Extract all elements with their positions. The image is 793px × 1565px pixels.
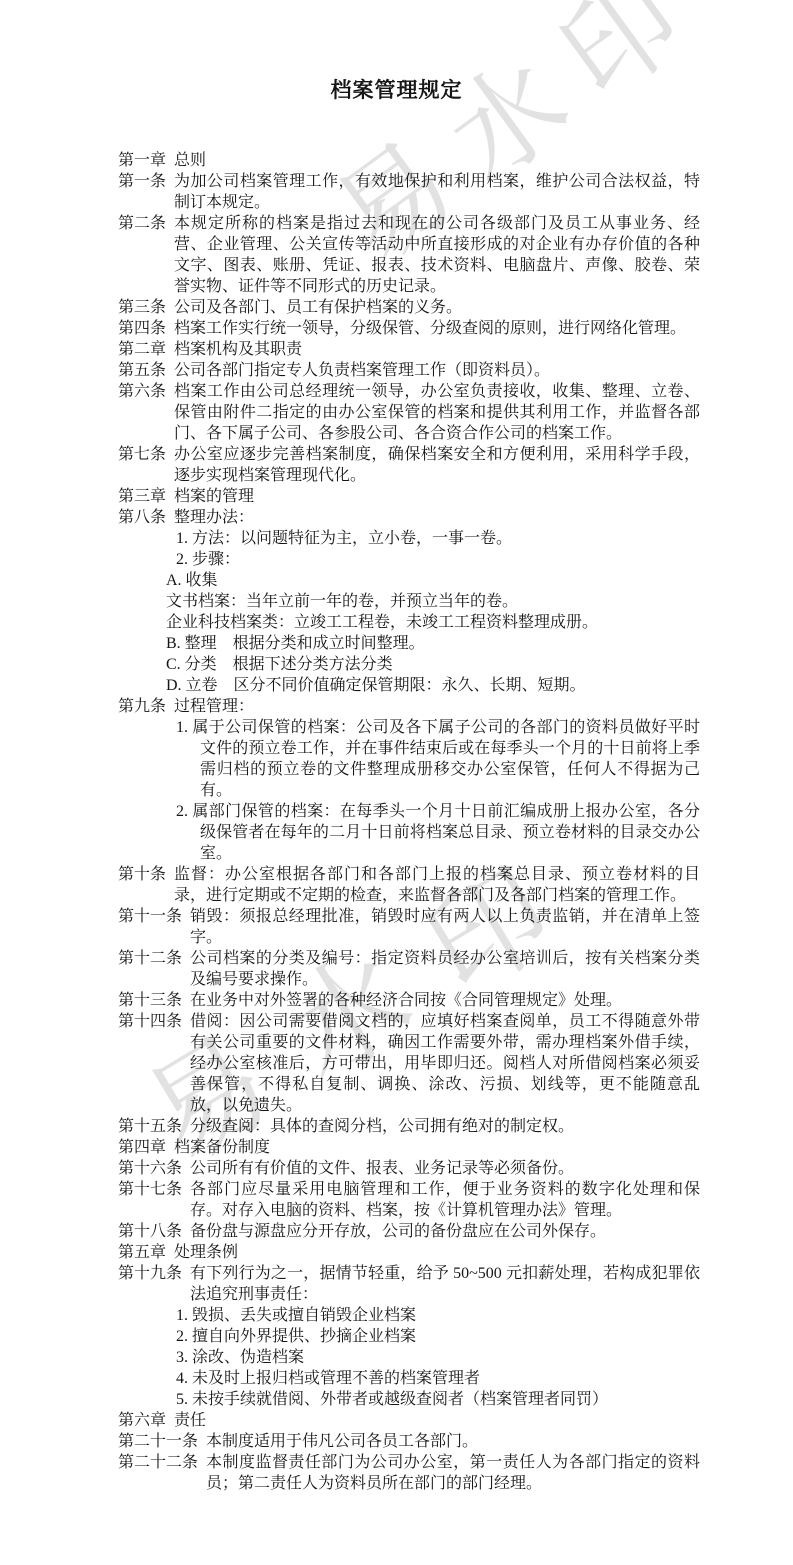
article-paragraph: 第十五条分级查阅：具体的查阅分档，公司拥有绝对的制定权。 — [118, 1116, 700, 1137]
list-item: 2. 擅自向外界提供、抄摘企业档案 — [176, 1326, 700, 1347]
article-label: 第一条 — [118, 171, 166, 213]
article-paragraph: 第五条公司各部门指定专人负责档案管理工作（即资料员）。 — [118, 360, 700, 381]
sub-item-list: 1. 毁损、丢失或擅自销毁企业档案2. 擅自向外界提供、抄摘企业档案3. 涂改、… — [118, 1305, 700, 1410]
article-paragraph: 第九条过程管理： — [118, 696, 700, 717]
article-paragraph: 第十三条在业务中对外签署的各种经济合同按《合同管理规定》处理。 — [118, 990, 700, 1011]
article-paragraph: 第七条办公室应逐步完善档案制度，确保档案安全和方便利用，采用科学手段，逐步实现档… — [118, 444, 700, 486]
chapter-heading: 第二章档案机构及其职责 — [118, 339, 700, 360]
sub-item-list: 1. 方法：以问题特征为主，立小卷，一事一卷。2. 步骤：A. 收集文书档案：当… — [118, 528, 700, 696]
article-paragraph: 第三条公司及各部门、员工有保护档案的义务。 — [118, 297, 700, 318]
chapter-title-text: 档案的管理 — [174, 486, 700, 507]
article-text: 公司及各部门、员工有保护档案的义务。 — [174, 297, 700, 318]
article-label: 第十五条 — [118, 1116, 182, 1137]
article-paragraph: 第十一条销毁：须报总经理批准，销毁时应有两人以上负责监销，并在清单上签字。 — [118, 906, 700, 948]
article-paragraph: 第十四条借阅：因公司需要借阅文档的，应填好档案查阅单，员工不得随意外带有关公司重… — [118, 1011, 700, 1116]
article-text: 整理办法： — [174, 507, 700, 528]
chapter-title-text: 档案机构及其职责 — [174, 339, 700, 360]
article-label: 第四条 — [118, 318, 166, 339]
article-text: 办公室应逐步完善档案制度，确保档案安全和方便利用，采用科学手段，逐步实现档案管理… — [174, 444, 700, 486]
article-text: 公司档案的分类及编号：指定资料员经办公室培训后，按有关档案分类及编号要求操作。 — [190, 948, 700, 990]
article-text: 销毁：须报总经理批准，销毁时应有两人以上负责监销，并在清单上签字。 — [190, 906, 700, 948]
article-paragraph: 第二十一条本制度适用于伟凡公司各员工各部门。 — [118, 1431, 700, 1452]
article-paragraph: 第十六条公司所有有价值的文件、报表、业务记录等必须备份。 — [118, 1158, 700, 1179]
chapter-title-text: 处理条例 — [174, 1242, 700, 1263]
article-paragraph: 第一条为加公司档案管理工作，有效地保护和利用档案，维护公司合法权益，特制订本规定… — [118, 171, 700, 213]
chapter-label: 第四章 — [118, 1137, 166, 1158]
article-text: 公司各部门指定专人负责档案管理工作（即资料员）。 — [174, 360, 700, 381]
article-text: 备份盘与源盘应分开存放，公司的备份盘应在公司外保存。 — [190, 1221, 700, 1242]
list-item: 1. 毁损、丢失或擅自销毁企业档案 — [176, 1305, 700, 1326]
article-text: 各部门应尽量采用电脑管理和工作，便于业务资料的数字化处理和保存。对存入电脑的资料… — [190, 1179, 700, 1221]
list-item: 1. 方法：以问题特征为主，立小卷，一事一卷。 — [176, 528, 700, 549]
article-text: 借阅：因公司需要借阅文档的，应填好档案查阅单，员工不得随意外带有关公司重要的文件… — [190, 1011, 700, 1116]
list-item: D. 立卷 区分不同价值确定保管期限：永久、长期、短期。 — [166, 675, 700, 696]
document-page: 易水印 易水印 档案管理规定 第一章总则第一条为加公司档案管理工作，有效地保护和… — [0, 0, 793, 1565]
list-item: 文书档案：当年立前一年的卷，并预立当年的卷。 — [166, 591, 700, 612]
article-paragraph: 第十八条备份盘与源盘应分开存放，公司的备份盘应在公司外保存。 — [118, 1221, 700, 1242]
article-paragraph: 第四条档案工作实行统一领导，分级保管、分级查阅的原则，进行网络化管理。 — [118, 318, 700, 339]
article-paragraph: 第十二条公司档案的分类及编号：指定资料员经办公室培训后，按有关档案分类及编号要求… — [118, 948, 700, 990]
sub-item-list: 1. 属于公司保管的档案：公司及各下属子公司的各部门的资料员做好平时文件的预立卷… — [118, 717, 700, 864]
list-item: 3. 涂改、伪造档案 — [176, 1347, 700, 1368]
article-text: 过程管理： — [174, 696, 700, 717]
list-item: 企业科技档案类：立竣工工程卷，未竣工工程资料整理成册。 — [166, 612, 700, 633]
chapter-label: 第一章 — [118, 150, 166, 171]
chapter-heading: 第一章总则 — [118, 150, 700, 171]
article-text: 档案工作实行统一领导，分级保管、分级查阅的原则，进行网络化管理。 — [174, 318, 700, 339]
article-label: 第十三条 — [118, 990, 182, 1011]
list-item: 2. 步骤： — [176, 549, 700, 570]
article-label: 第十一条 — [118, 906, 182, 948]
article-label: 第六条 — [118, 381, 166, 444]
chapter-heading: 第三章档案的管理 — [118, 486, 700, 507]
chapter-title-text: 总则 — [174, 150, 700, 171]
article-text: 本规定所称的档案是指过去和现在的公司各级部门及员工从事业务、经营、企业管理、公关… — [174, 213, 700, 297]
article-text: 本制度监督责任部门为公司办公室，第一责任人为各部门指定的资料员；第二责任人为资料… — [206, 1452, 700, 1494]
article-label: 第五条 — [118, 360, 166, 381]
chapter-heading: 第四章档案备份制度 — [118, 1137, 700, 1158]
article-label: 第八条 — [118, 507, 166, 528]
article-label: 第十九条 — [118, 1263, 182, 1305]
article-paragraph: 第二条本规定所称的档案是指过去和现在的公司各级部门及员工从事业务、经营、企业管理… — [118, 213, 700, 297]
chapter-title-text: 责任 — [174, 1410, 700, 1431]
article-paragraph: 第二十二条本制度监督责任部门为公司办公室，第一责任人为各部门指定的资料员；第二责… — [118, 1452, 700, 1494]
article-label: 第十八条 — [118, 1221, 182, 1242]
chapter-label: 第三章 — [118, 486, 166, 507]
list-item: 2. 属部门保管的档案：在每季头一个月十日前汇编成册上报办公室，各分级保管者在每… — [176, 801, 700, 864]
list-item: 4. 未及时上报归档或管理不善的档案管理者 — [176, 1368, 700, 1389]
article-paragraph: 第八条整理办法： — [118, 507, 700, 528]
article-text: 在业务中对外签署的各种经济合同按《合同管理规定》处理。 — [190, 990, 700, 1011]
article-paragraph: 第十条监督：办公室根据各部门和各部门上报的档案总目录、预立卷材料的目录，进行定期… — [118, 864, 700, 906]
article-paragraph: 第十九条有下列行为之一，据情节轻重，给予 50~500 元扣薪处理，若构成犯罪依… — [118, 1263, 700, 1305]
article-label: 第十六条 — [118, 1158, 182, 1179]
article-label: 第二十二条 — [118, 1452, 198, 1494]
article-text: 本制度适用于伟凡公司各员工各部门。 — [206, 1431, 700, 1452]
article-text: 有下列行为之一，据情节轻重，给予 50~500 元扣薪处理，若构成犯罪依法追究刑… — [190, 1263, 700, 1305]
article-text: 分级查阅：具体的查阅分档，公司拥有绝对的制定权。 — [190, 1116, 700, 1137]
article-paragraph: 第六条档案工作由公司总经理统一领导，办公室负责接收，收集、整理、立卷、保管由附件… — [118, 381, 700, 444]
list-item: A. 收集 — [166, 570, 700, 591]
chapter-label: 第五章 — [118, 1242, 166, 1263]
article-label: 第二条 — [118, 213, 166, 297]
list-item: B. 整理 根据分类和成立时间整理。 — [166, 633, 700, 654]
document-body: 第一章总则第一条为加公司档案管理工作，有效地保护和利用档案，维护公司合法权益，特… — [118, 150, 700, 1494]
article-label: 第二十一条 — [118, 1431, 198, 1452]
article-text: 监督：办公室根据各部门和各部门上报的档案总目录、预立卷材料的目录，进行定期或不定… — [174, 864, 700, 906]
chapter-heading: 第五章处理条例 — [118, 1242, 700, 1263]
article-label: 第七条 — [118, 444, 166, 486]
article-label: 第十二条 — [118, 948, 182, 990]
list-item: C. 分类 根据下述分类方法分类 — [166, 654, 700, 675]
chapter-label: 第二章 — [118, 339, 166, 360]
document-title: 档案管理规定 — [0, 0, 793, 103]
article-paragraph: 第十七条各部门应尽量采用电脑管理和工作，便于业务资料的数字化处理和保存。对存入电… — [118, 1179, 700, 1221]
article-label: 第十四条 — [118, 1011, 182, 1116]
article-text: 档案工作由公司总经理统一领导，办公室负责接收，收集、整理、立卷、保管由附件二指定… — [174, 381, 700, 444]
article-text: 为加公司档案管理工作，有效地保护和利用档案，维护公司合法权益，特制订本规定。 — [174, 171, 700, 213]
article-label: 第十七条 — [118, 1179, 182, 1221]
list-item: 1. 属于公司保管的档案：公司及各下属子公司的各部门的资料员做好平时文件的预立卷… — [176, 717, 700, 801]
list-item: 5. 未按手续就借阅、外带者或越级查阅者（档案管理者同罚） — [176, 1389, 700, 1410]
article-label: 第三条 — [118, 297, 166, 318]
chapter-label: 第六章 — [118, 1410, 166, 1431]
article-label: 第九条 — [118, 696, 166, 717]
chapter-heading: 第六章责任 — [118, 1410, 700, 1431]
chapter-title-text: 档案备份制度 — [174, 1137, 700, 1158]
article-label: 第十条 — [118, 864, 166, 906]
article-text: 公司所有有价值的文件、报表、业务记录等必须备份。 — [190, 1158, 700, 1179]
